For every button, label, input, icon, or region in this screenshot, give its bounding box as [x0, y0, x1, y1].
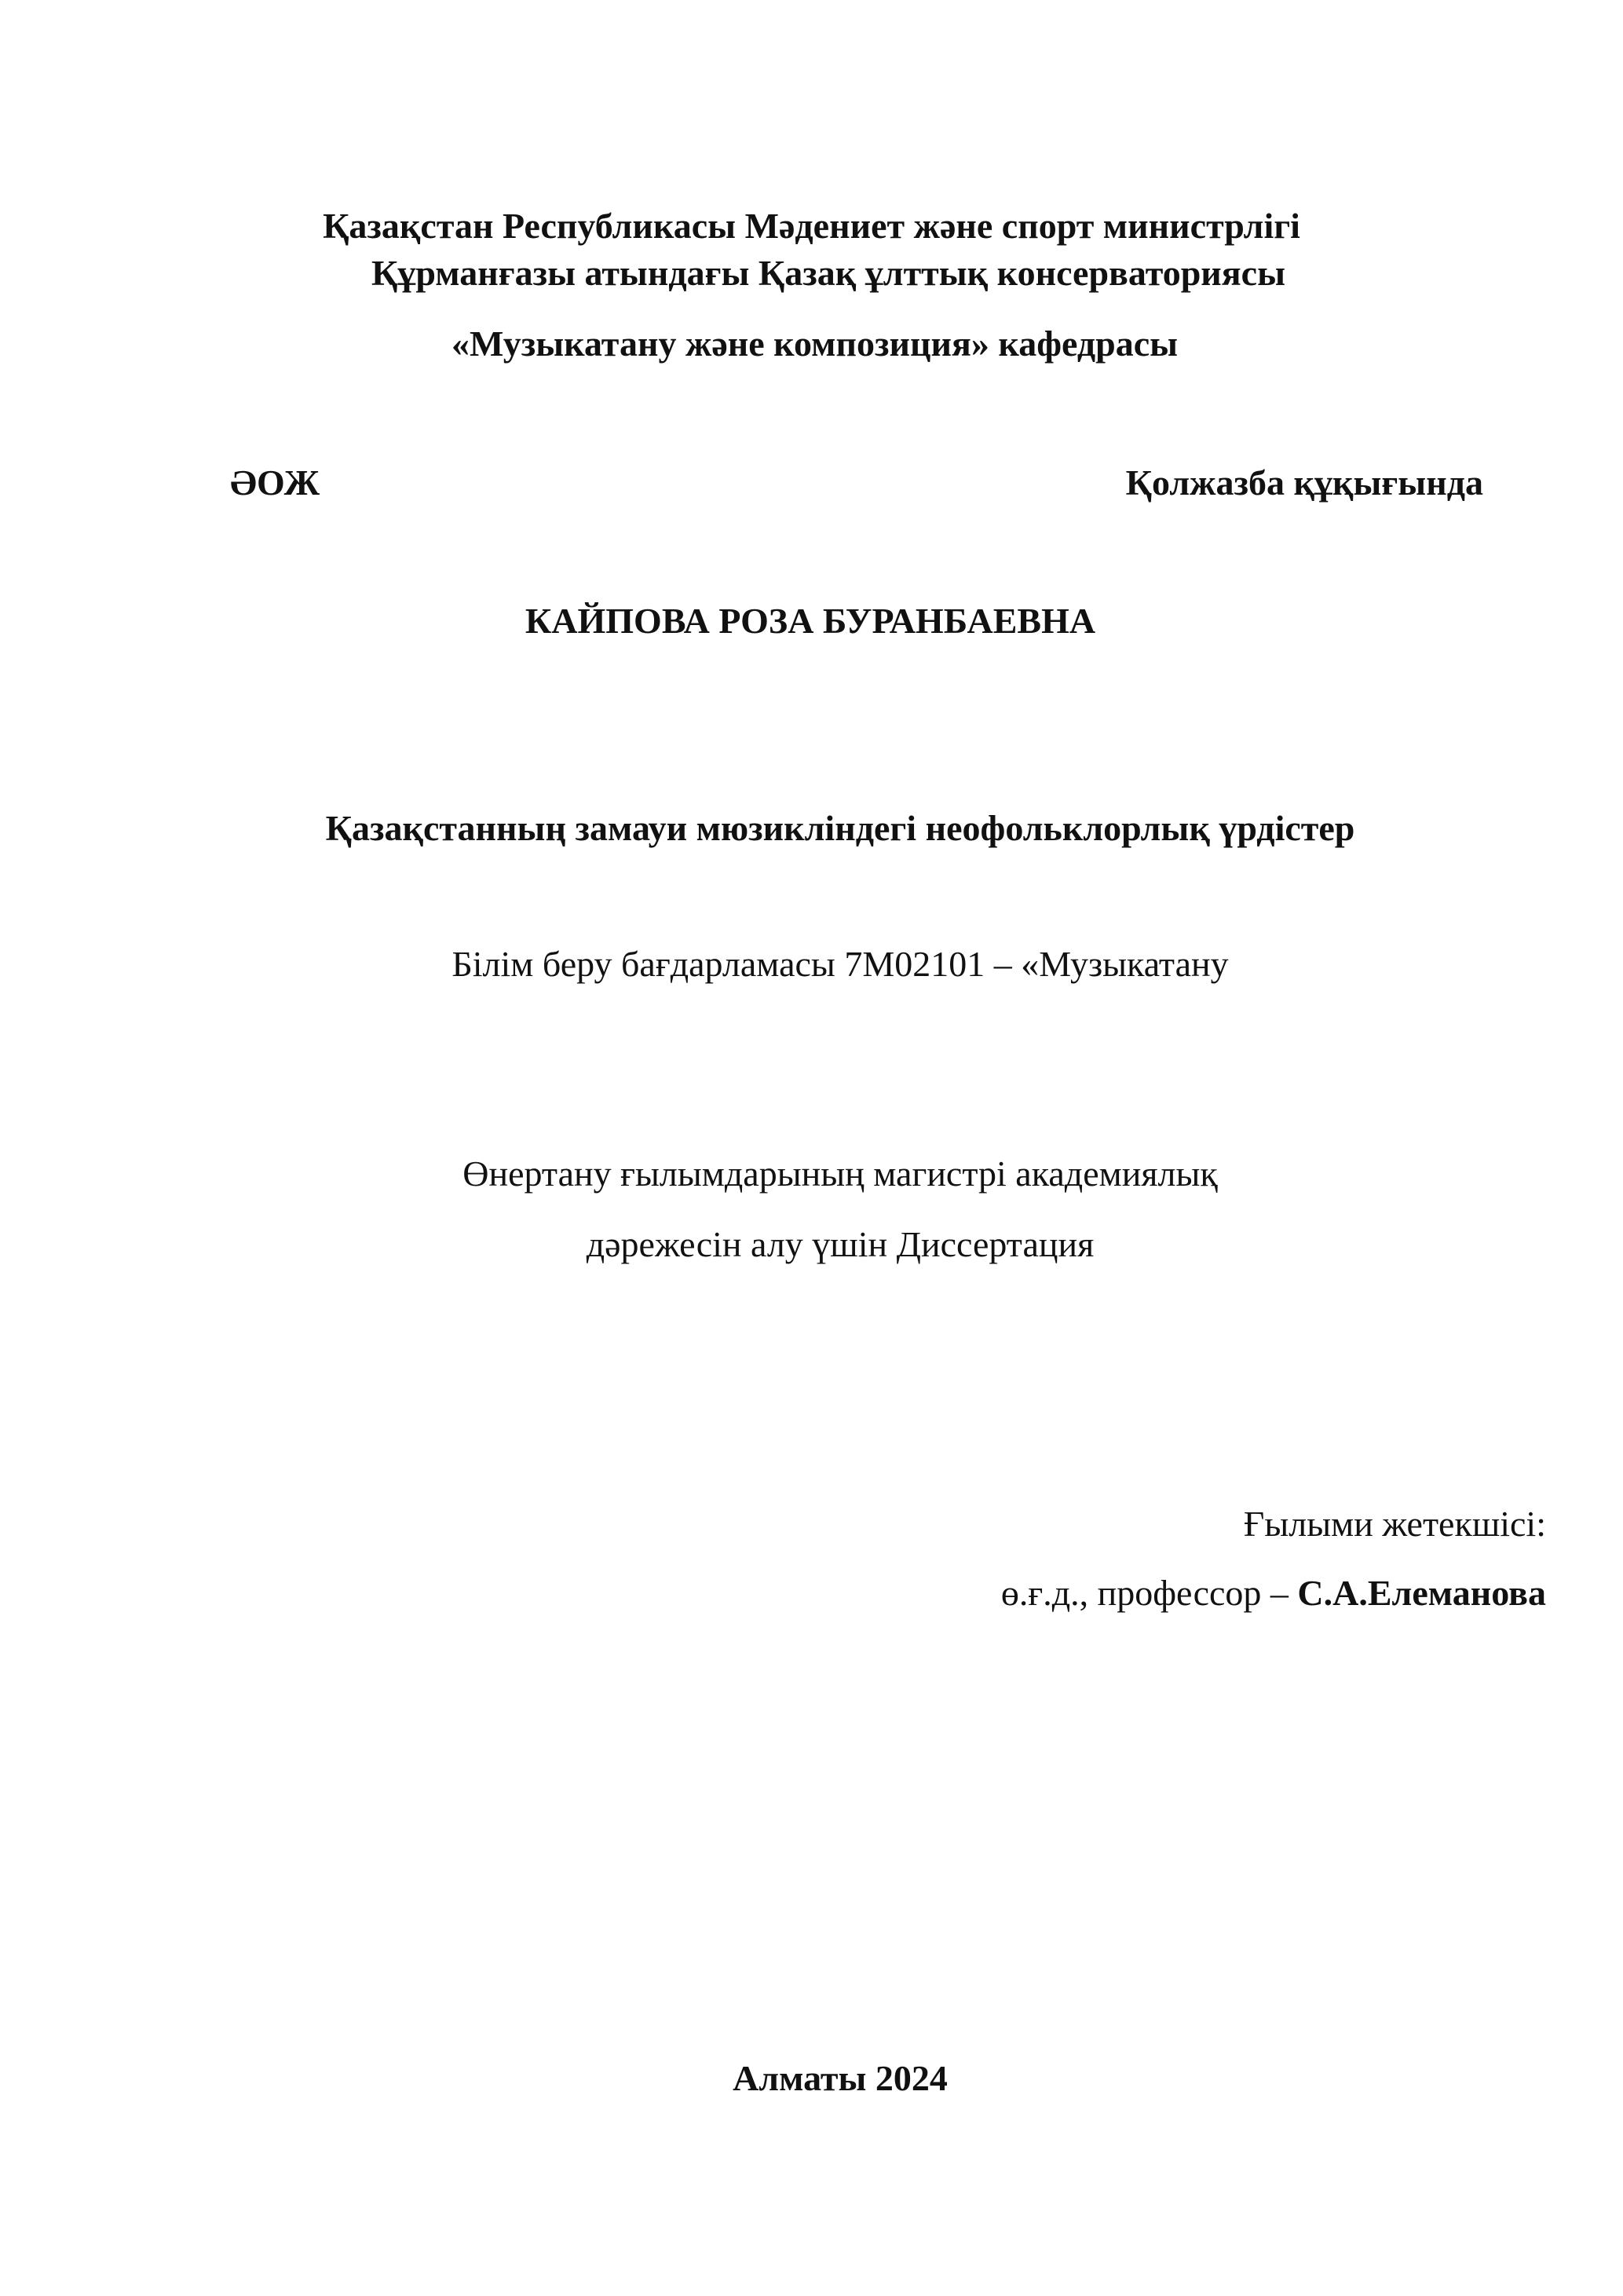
conservatory-heading: Құрманғазы атындағы Қазақ ұлттық консерв… — [0, 255, 1623, 291]
supervisor-label: Ғылыми жетекшісі: — [1244, 1506, 1546, 1542]
supervisor-name: С.А.Елеманова — [1297, 1573, 1546, 1613]
manuscript-rights-label: Қолжазба құқығында — [1126, 465, 1483, 501]
degree-statement-line-1: Өнертану ғылымдарының магистрі академиял… — [0, 1156, 1623, 1192]
thesis-title: Қазақстанның замауи мюзикліндегі неофоль… — [0, 810, 1623, 846]
city-year: Алматы 2024 — [0, 2060, 1623, 2097]
study-program: Білім беру бағдарламасы 7М02101 – «Музык… — [0, 946, 1623, 982]
ministry-heading: Қазақстан Республикасы Мәдениет және спо… — [0, 208, 1623, 244]
department-heading: «Музыкатану және композиция» кафедрасы — [0, 326, 1623, 362]
udc-label: ӘОЖ — [230, 465, 320, 501]
author-name: КАЙПОВА РОЗА БУРАНБАЕВНА — [0, 603, 1621, 639]
degree-statement-line-2: дәрежесін алу үшін Диссертация — [0, 1227, 1623, 1263]
supervisor-credentials: ө.ғ.д., профессор – — [1001, 1573, 1298, 1613]
supervisor-line: ө.ғ.д., профессор – С.А.Елеманова — [1001, 1575, 1546, 1611]
